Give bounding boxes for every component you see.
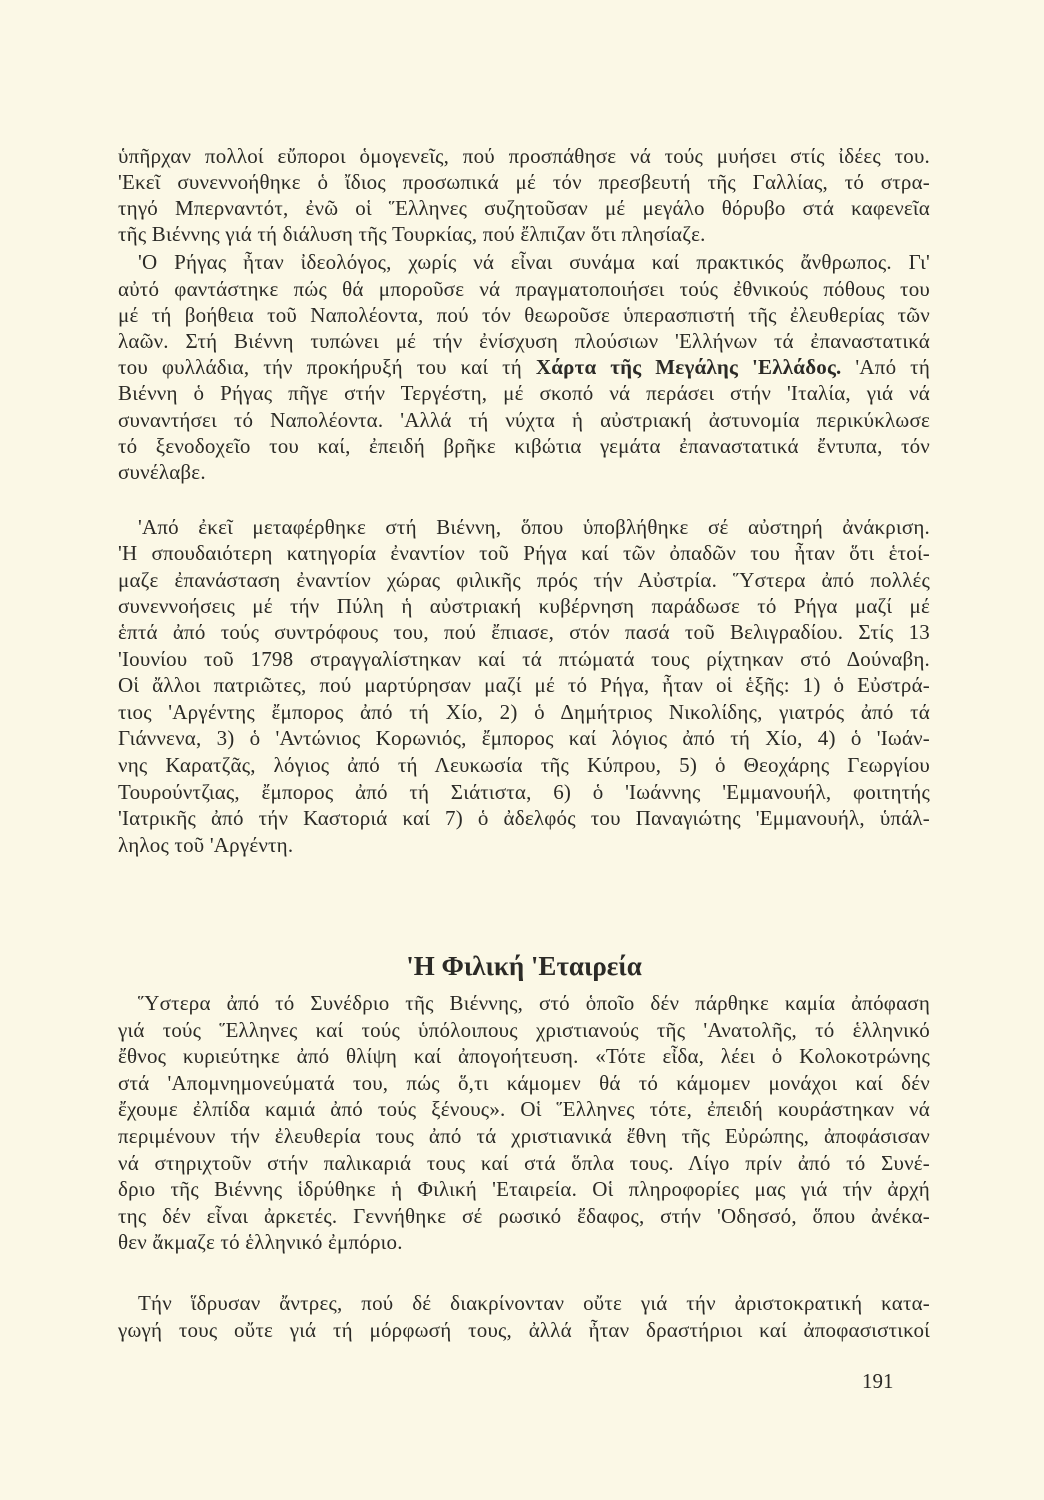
bold-title: Χάρτα τῆς Μεγάλης 'Ελλάδος.	[536, 355, 842, 379]
text-line: 'Από ἐκεῖ μεταφέρθηκε στή Βιέννη, ὅπου ὑ…	[118, 514, 930, 540]
text-line: μέ τή βοήθεια τοῦ Ναπολέοντα, πού τόν θε…	[118, 302, 930, 328]
text-line: νά στηριχτοῦν στήν παλικαριά τους καί στ…	[118, 1150, 930, 1176]
text-line: τό ξενοδοχεῖο του καί, ἐπειδή βρῆκε κιβώ…	[118, 433, 930, 459]
text-line: Τουρούντζιας, ἔμπορος ἀπό τή Σιάτιστα, 6…	[118, 779, 930, 805]
text-line: μαζε ἐπανάσταση ἐναντίον χώρας φιλικῆς π…	[118, 567, 930, 593]
text-line: συνέλαβε.	[118, 459, 930, 485]
text-line: αὐτό φαντάστηκε πώς θά μποροῦσε νά πραγμ…	[118, 276, 930, 302]
text-line: ληλος τοῦ 'Αργέντη.	[118, 832, 930, 858]
page-number: 191	[862, 1368, 894, 1394]
text-line: ἑπτά ἀπό τούς συντρόφους του, πού ἔπιασε…	[118, 619, 930, 645]
text-line: 'Ιατρικῆς ἀπό τήν Καστοριά καί 7) ὁ ἀδελ…	[118, 805, 930, 831]
text-line: τηγό Μπερναντότ, ἐνῶ οἱ Ἕλληνες συζητοῦσ…	[118, 195, 930, 221]
text-line: 'Εκεῖ συνεννοήθηκε ὁ ἴδιος προσωπικά μέ …	[118, 169, 930, 195]
text-line: ὑπῆρχαν πολλοί εὔποροι ὁμογενεῖς, πού πρ…	[118, 143, 930, 169]
text-line: τῆς Βιέννης γιά τή διάλυση τῆς Τουρκίας,…	[118, 221, 930, 247]
section-heading: 'Η Φιλική 'Εταιρεία	[118, 950, 930, 982]
text-line: ἔχουμε ἐλπίδα καμιά ἀπό τούς ξένους». Οἱ…	[118, 1096, 930, 1122]
text-line: δριο τῆς Βιέννης ἱδρύθηκε ἡ Φιλική 'Εται…	[118, 1176, 930, 1202]
text-line: νης Καρατζᾶς, λόγιος ἀπό τή Λευκωσία τῆς…	[118, 752, 930, 778]
text-line: θεν ἄκμαζε τό ἑλληνικό ἐμπόριο.	[118, 1229, 930, 1255]
text-line: γωγή τους οὔτε γιά τή μόρφωσή τους, ἀλλά…	[118, 1317, 930, 1343]
text-line: λαῶν. Στή Βιέννη τυπώνει μέ τήν ἐνίσχυση…	[118, 328, 930, 354]
text-line: γιά τούς Ἕλληνες καί τούς ὑπόλοιπους χρι…	[118, 1017, 930, 1043]
text-line: τιος 'Αργέντης ἔμπορος ἀπό τή Χίο, 2) ὁ …	[118, 699, 930, 725]
text-line: Ὕστερα ἀπό τό Συνέδριο τῆς Βιέννης, στό …	[118, 990, 930, 1016]
text-fragment: 'Από τή	[842, 355, 930, 379]
text-line: 'Ο Ρήγας ἦταν ἰδεολόγος, χωρίς νά εἶναι …	[118, 249, 930, 275]
text-line: 'Ιουνίου τοῦ 1798 στραγγαλίστηκαν καί τά…	[118, 646, 930, 672]
text-fragment: του φυλλάδια, τήν προκήρυξή του καί τή	[118, 355, 522, 379]
text-line: της δέν εἶναι ἀρκετές. Γεννήθηκε σέ ρωσι…	[118, 1203, 930, 1229]
text-line-with-bold-title: του φυλλάδια, τήν προκήρυξή του καί τή Χ…	[118, 354, 930, 380]
text-line: Τήν ἵδρυσαν ἄντρες, πού δέ διακρίνονταν …	[118, 1290, 930, 1316]
text-line: στά 'Απομνημονεύματά του, πώς ὅ,τι κάμομ…	[118, 1070, 930, 1096]
text-line: ἔθνος κυριεύτηκε ἀπό θλίψη καί ἀπογοήτευ…	[118, 1043, 930, 1069]
text-line: συνεννοήσεις μέ τήν Πύλη ἡ αὐστριακή κυβ…	[118, 593, 930, 619]
text-line: Βιέννη ὁ Ρήγας πῆγε στήν Τεργέστη, μέ σκ…	[118, 380, 930, 406]
text-line: συναντήσει τό Ναπολέοντα. 'Αλλά τή νύχτα…	[118, 407, 930, 433]
text-line: 'Η σπουδαιότερη κατηγορία ἐναντίον τοῦ Ρ…	[118, 540, 930, 566]
text-line: περιμένουν τήν ἐλευθερία τους ἀπό τά χρι…	[118, 1123, 930, 1149]
text-line: Οἱ ἄλλοι πατριῶτες, πού μαρτύρησαν μαζί …	[118, 672, 930, 698]
text-line: Γιάννενα, 3) ὁ 'Αντώνιος Κορωνιός, ἔμπορ…	[118, 725, 930, 751]
